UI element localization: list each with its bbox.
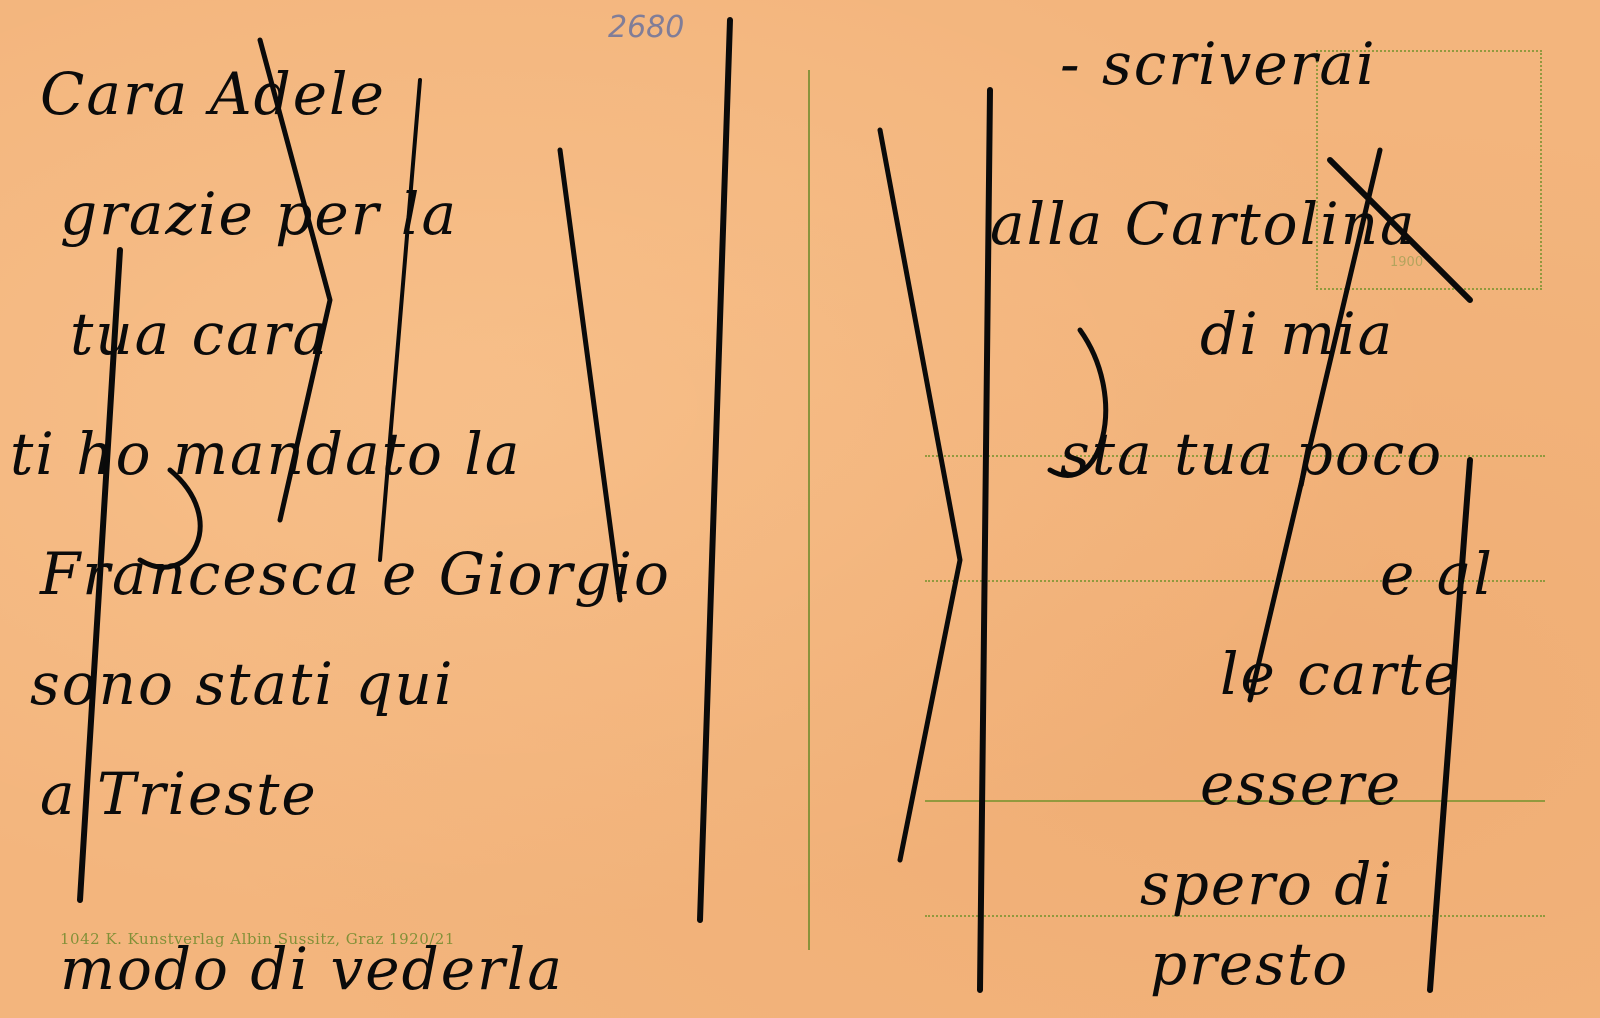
cross-written-strokes (0, 0, 1600, 1018)
postcard: 2680 1900 1042 K. Kunstverlag Albin Suss… (0, 0, 1600, 1018)
